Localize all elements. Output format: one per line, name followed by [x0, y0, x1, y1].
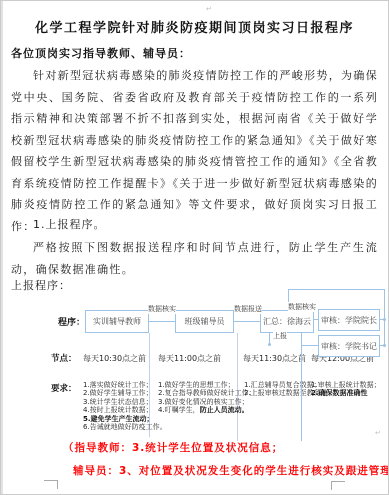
salutation-line: 各位顶岗实习指导教师、辅导员： [11, 45, 191, 61]
edge-label-verify-1: 数据核实 [148, 304, 176, 314]
edge-label-submit: 上报 [273, 331, 287, 341]
flow-box-review-secretary: 审核：学院书记 [318, 335, 380, 357]
section-heading: 1.上报程序。 [33, 216, 106, 232]
connector-line [384, 289, 385, 345]
section-body: 严格按照下图数据报送程序和时间节点进行，防止学生产生流动，确保数据准确性。 [11, 237, 378, 280]
document-page: ↵ ↵ ↵ 化学工程学院针对肺炎防疫期间顶岗实习日报程序 各位顶岗实习指导教师、… [0, 0, 389, 495]
connector-line [232, 321, 260, 322]
deadline-2: 每天11:00点之前 [158, 353, 221, 364]
requirement-item: 4.叮嘱学生，防止人员流动。 [158, 406, 256, 414]
page-title: 化学工程学院针对肺炎防疫期间顶岗实习日报程序 [1, 17, 388, 36]
connector-line [288, 289, 384, 290]
connector-dot [268, 343, 271, 346]
requirement-item: 3.统计学生状态信息； [83, 398, 167, 406]
paragraph-mark-icon: ↵ [355, 465, 361, 473]
crop-mark-bottom-right [331, 481, 332, 490]
connector-line [269, 332, 270, 343]
connector-dot [383, 318, 386, 321]
flow-row-label: 程序： [58, 315, 85, 328]
connector-line [147, 321, 175, 322]
requirements-col-2: 1.做好学生的思想工作； 2.复合指导教师做好统计工作； 3.做好变化情况的核实… [158, 381, 256, 415]
paragraph-mark-icon: ↵ [375, 429, 381, 437]
paragraph-mark-icon: ↵ [251, 442, 257, 450]
footnote-line-2: 辅导员：3、对位置及状况发生变化的学生进行核实及跟进管理） [73, 463, 389, 478]
requirements-row-label: 要求： [51, 382, 77, 394]
flow-box-counselor: 班级辅导员 [175, 310, 234, 333]
requirement-item-prefix: 4.叮嘱学生， [158, 406, 200, 414]
deadline-1: 每天10:30点之前 [83, 353, 146, 364]
flow-box-summary: 汇总：徐海云 [260, 310, 314, 333]
requirements-col-1: 1.落实做好统计工作； 2.做好学生辅导工作； 3.统计学生状态信息； 4.按时… [83, 381, 167, 431]
paragraph-mark-icon: ↵ [206, 5, 212, 13]
flow-box-review-dean: 审核：学院院长 [318, 309, 380, 331]
requirement-item: 2.复合指导教师做好统计工作； [158, 389, 256, 397]
flow-box-trainer: 实训辅导教师 [85, 310, 149, 333]
crop-mark-bottom-left [57, 480, 58, 489]
edge-label-verify-2: 数据核实 [288, 302, 316, 312]
requirement-item: 4.按时上报统计数据； [83, 406, 167, 414]
requirement-item: 3.做好变化情况的核实工作； [158, 398, 256, 406]
requirements-col-4: 1.审核上报统计数据； 2.确保数据准确性 [311, 381, 381, 398]
flowchart-intro-label: 上报程序： [11, 277, 71, 293]
deadline-3: 每天11:30点之前 [243, 353, 306, 364]
requirement-item-emphasis: 防止人员流动。 [200, 406, 249, 414]
connector-dot [383, 344, 386, 347]
crop-mark-bottom-right [331, 481, 345, 482]
intro-paragraph: 针对新型冠状病毒感染的肺炎疫情防控工作的严峻形势，为确保党中央、国务院、省委省政… [11, 65, 378, 237]
requirement-item: 5.避免学生产生流动； [83, 415, 167, 423]
schedule-row-label: 节点： [51, 352, 77, 364]
connector-line [301, 317, 302, 441]
crop-mark-bottom-left [44, 480, 58, 481]
requirement-item: 2.确保数据准确性 [311, 389, 381, 397]
connector-line [301, 345, 318, 346]
requirement-item: 6.告诫就地做好防疫工作。 [83, 423, 167, 431]
edge-label-report: 数据报送 [234, 304, 262, 314]
requirement-item: 2.做好学生辅导工作； [83, 389, 167, 397]
